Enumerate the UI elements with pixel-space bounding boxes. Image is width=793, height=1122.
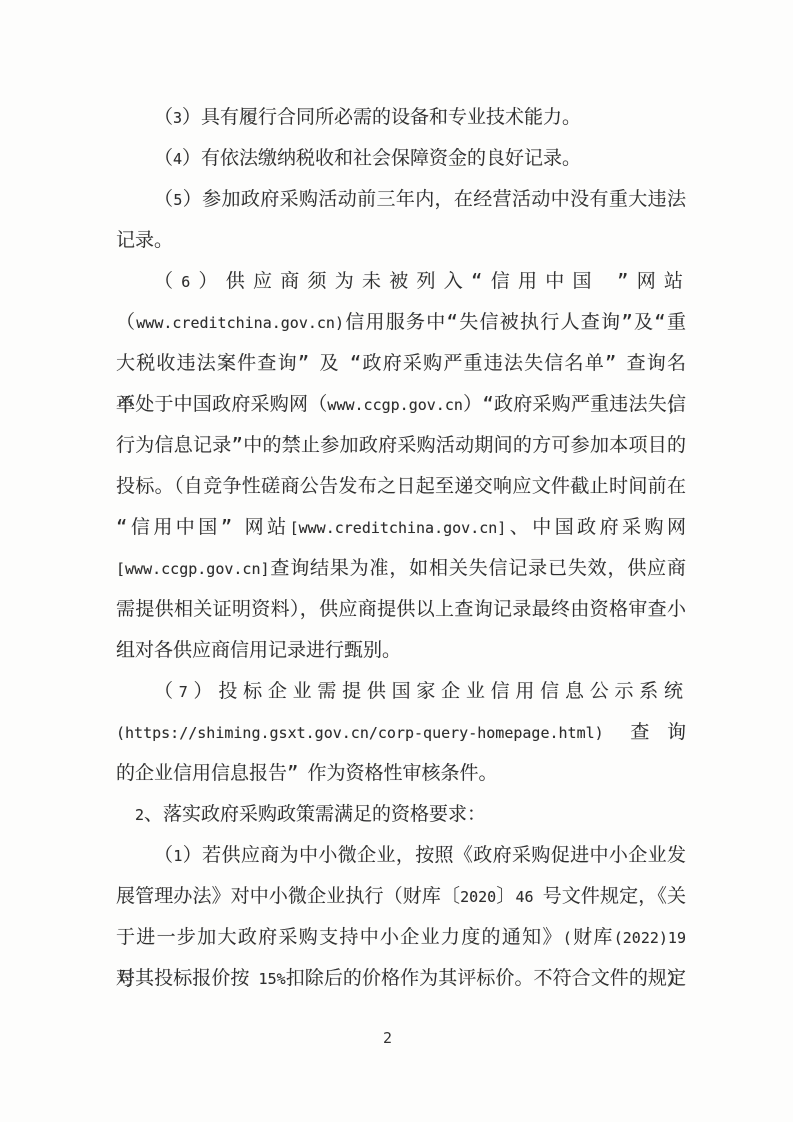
text-line: 展管理办法》对中小微企业执行（财库〔2020〕46 号文件规定，《关 [116, 876, 686, 917]
text-line: （6）供应商须为未被列入“信用中国 ”网站 [116, 261, 686, 302]
text-line: [www.ccgp.gov.cn]查询结果为准，如相关失信记录已失效，供应商 [116, 548, 686, 589]
text-line: (https://shiming.gsxt.gov.cn/corp-query-… [116, 712, 686, 753]
text-line: 不处于中国政府采购网（www.ccgp.gov.cn）“政府采购严重违法失信 [116, 384, 686, 425]
text-line: （7）投标企业需提供国家企业信用信息公示系统 [116, 671, 686, 712]
text-line: （5）参加政府采购活动前三年内，在经营活动中没有重大违法 [116, 179, 686, 220]
text-line: （www.creditchina.gov.cn)信用服务中“失信被执行人查询”及… [116, 302, 686, 343]
text-line: 需提供相关证明资料），供应商提供以上查询记录最终由资格审查小 [116, 589, 686, 630]
document-body: （3）具有履行合同所必需的设备和专业技术能力。（4）有依法缴纳税收和社会保障资金… [116, 97, 686, 999]
text-line: 行为信息记录”中的禁止参加政府采购活动期间的方可参加本项目的 [116, 425, 686, 466]
text-line: 2、落实政府采购政策需满足的资格要求： [116, 794, 686, 835]
text-line: 大税收违法案件查询” 及 “政府采购严重违法失信名单” 查询名单； [116, 343, 686, 384]
text-line: （4）有依法缴纳税收和社会保障资金的良好记录。 [116, 138, 686, 179]
text-line: 记录。 [116, 220, 686, 261]
text-line: 组对各供应商信用记录进行甄别。 [116, 630, 686, 671]
text-line: “信用中国” 网站[www.creditchina.gov.cn]、中国政府采购… [116, 507, 686, 548]
text-line: 的企业信用信息报告” 作为资格性审核条件。 [116, 753, 686, 794]
document-page: （3）具有履行合同所必需的设备和专业技术能力。（4）有依法缴纳税收和社会保障资金… [0, 0, 793, 1122]
text-line: （1）若供应商为中小微企业，按照《政府采购促进中小企业发 [116, 835, 686, 876]
text-line: 对其投标报价按 15%扣除后的价格作为其评标价。不符合文件的规定 [116, 958, 686, 999]
page-number: 2 [0, 1026, 775, 1050]
text-line: 投标。（自竞争性磋商公告发布之日起至递交响应文件截止时间前在 [116, 466, 686, 507]
text-line: 于进一步加大政府采购支持中小企业力度的通知》(财库(2022)19 号） [116, 917, 686, 958]
text-line: （3）具有履行合同所必需的设备和专业技术能力。 [116, 97, 686, 138]
